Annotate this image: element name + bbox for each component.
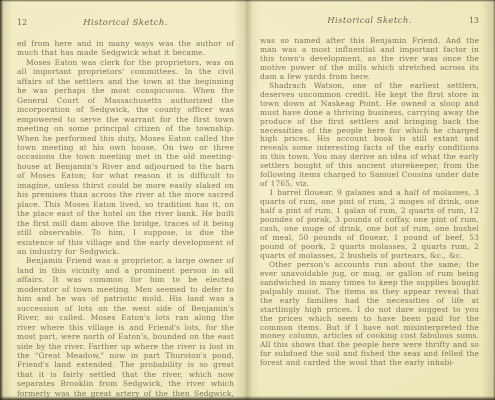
page-header: 12 Historical Sketch. (17, 18, 234, 28)
paragraph: ed from here and in many ways was the au… (17, 39, 234, 58)
paragraph: Moses Eaton was clerk for the proprietor… (17, 58, 234, 257)
page-body: was so named after this Benjamin Friend.… (260, 37, 479, 368)
paragraph: Shadrach Watson, one of the earliest set… (260, 82, 479, 189)
page-right: Historical Sketch. 13 was so named after… (248, 0, 495, 400)
running-title: Historical Sketch. (43, 18, 208, 28)
page-number: 13 (453, 16, 479, 25)
book-spread: 12 Historical Sketch. ed from here and i… (0, 0, 495, 400)
page-body: ed from here and in many ways was the au… (17, 39, 234, 400)
paragraph: Other person's accounts run about the sa… (260, 261, 479, 368)
running-title: Historical Sketch. (286, 16, 453, 26)
page-left: 12 Historical Sketch. ed from here and i… (0, 0, 247, 400)
page-number: 12 (17, 18, 43, 27)
paragraph: Benjamin Friend was a proprietor, a larg… (17, 256, 234, 400)
paragraph: 1 barrel flouear, 9 galanes and a half o… (260, 189, 479, 261)
page-header: Historical Sketch. 13 (260, 16, 479, 26)
paragraph: was so named after this Benjamin Friend.… (260, 37, 479, 82)
